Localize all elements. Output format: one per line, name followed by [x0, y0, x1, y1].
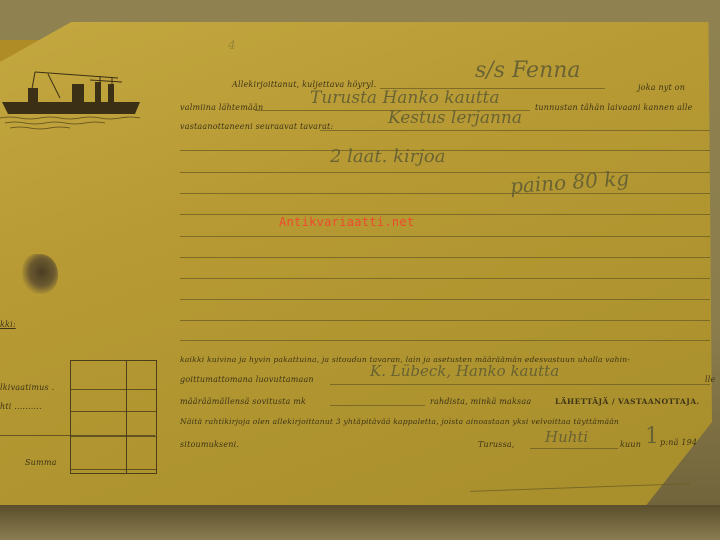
- amount-row-line-1: [71, 389, 156, 390]
- handwritten-day: 1: [645, 424, 659, 449]
- label-acknowledge: tunnustan tähän laivaani kannen alle: [535, 103, 693, 112]
- goods-rule-10: [180, 340, 710, 341]
- left-label-sum: Summa: [25, 458, 57, 467]
- label-place: Turussa,: [478, 440, 515, 449]
- label-received-goods: vastaanottaneeni seuraavat tavarat:: [180, 122, 333, 131]
- goods-rule-9: [180, 320, 710, 321]
- watermark: Antikvariaatti.net: [279, 215, 414, 229]
- body-line-4: Näitä rahtikirjoja olen allekirjoittanut…: [180, 417, 619, 426]
- left-label-top: kki:: [0, 320, 16, 329]
- amount-table-divider: [126, 361, 127, 473]
- left-label-freight: hti ..........: [0, 402, 42, 411]
- goods-rule-5: [180, 236, 710, 237]
- amount-row-line-4: [71, 469, 156, 470]
- goods-rule-8: [180, 299, 710, 300]
- goods-rule-2: [180, 172, 710, 173]
- body-line-5: sitoumukseni.: [180, 440, 239, 449]
- paper-shadow: [0, 505, 720, 540]
- rule-consignee: [330, 384, 710, 385]
- amount-table: [70, 360, 157, 474]
- rule-received-goods: [320, 130, 710, 131]
- label-deliver: goittumattomana luovuttamaan: [180, 375, 314, 384]
- top-pencil-mark: 4: [228, 38, 236, 52]
- goods-rule-3: [180, 193, 710, 194]
- label-sender-receiver: LÄHETTÄJÄ / VASTAANOTTAJA.: [555, 397, 700, 406]
- label-joka-nyt-on: joka nyt on: [638, 83, 685, 92]
- label-agreed-freight: määräämällensä sovitusta mk: [180, 397, 306, 406]
- goods-rule-4: [180, 214, 710, 215]
- rule-date-month: [530, 448, 618, 449]
- label-lle: lle: [705, 375, 715, 384]
- label-year: p:nä 194: [660, 438, 697, 447]
- goods-rule-6: [180, 257, 710, 258]
- handwritten-month: Huhti: [545, 428, 588, 446]
- handwritten-consignee: K. Lübeck, Hanko kautta: [370, 362, 559, 380]
- label-payer: rahdista, minkä maksaa: [430, 397, 531, 406]
- label-kuun: kuun: [620, 440, 641, 449]
- amount-row-line-3: [71, 436, 156, 437]
- goods-rule-7: [180, 278, 710, 279]
- amount-row-line-2: [71, 411, 156, 412]
- label-departure: valmiina lähtemään: [180, 103, 263, 112]
- left-label-claim: lkivaatimus .: [0, 383, 54, 392]
- handwritten-vessel-name: s/s Fenna: [475, 58, 581, 83]
- torn-hole: [22, 254, 58, 294]
- steamship-illustration-icon: [0, 60, 150, 135]
- handwritten-goods-qty: 2 laat. kirjoa: [330, 146, 446, 167]
- rule-freight-amount: [330, 405, 425, 406]
- handwritten-sender: Kestus lerjanna: [388, 108, 522, 128]
- handwritten-route: Turusta Hanko kautta: [310, 88, 500, 108]
